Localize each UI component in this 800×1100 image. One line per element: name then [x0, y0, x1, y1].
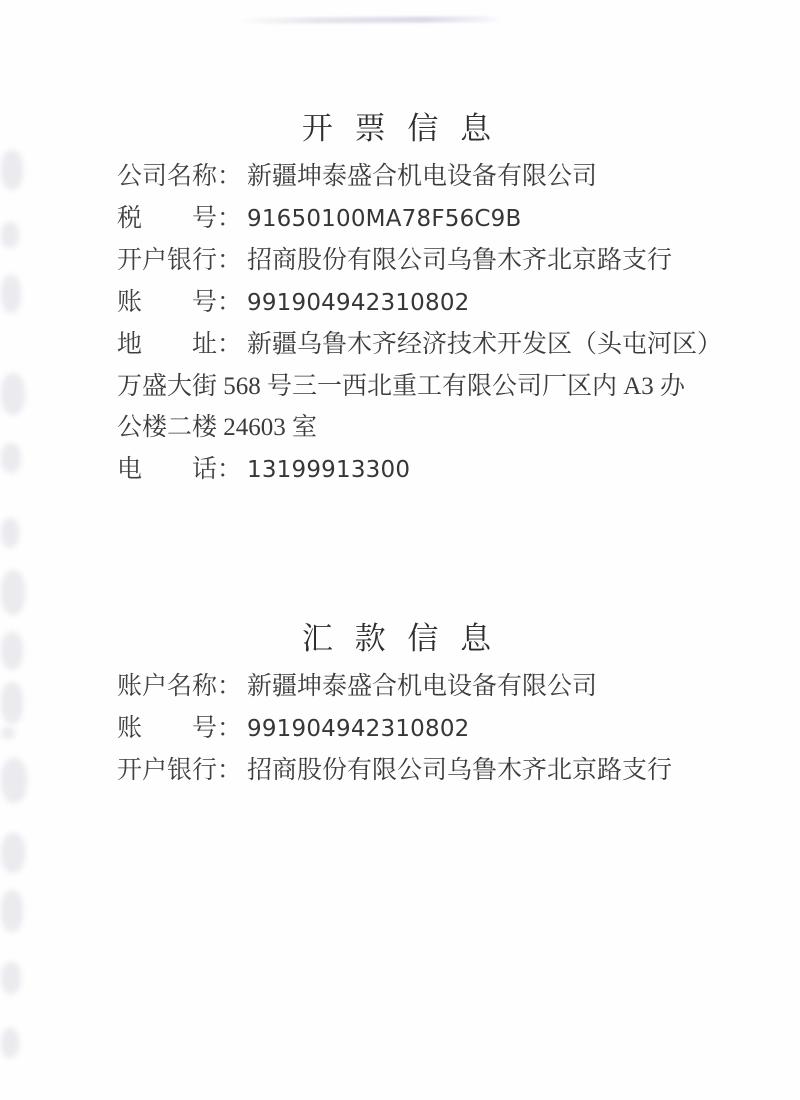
scan-artifact — [1, 890, 23, 932]
scan-artifact — [1, 962, 21, 994]
scan-artifact — [1, 373, 25, 415]
remit-bank-label: 开户银行： — [117, 757, 242, 784]
bank-label: 开户银行： — [117, 247, 242, 274]
remit-account-name-row: 账户名称：新疆坤泰盛合机电设备有限公司 — [117, 666, 683, 708]
phone-row: 电 话：13199913300 — [117, 449, 683, 492]
company-name-row: 公司名称：新疆坤泰盛合机电设备有限公司 — [117, 156, 683, 198]
address-line-2: 万盛大街 568 号三一西北重工有限公司厂区内 A3 办 — [117, 373, 685, 400]
scan-artifact — [1, 518, 19, 548]
scan-artifact — [1, 632, 23, 670]
scan-artifact — [1, 758, 27, 803]
bank-value: 招商股份有限公司乌鲁木齐北京路支行 — [247, 247, 672, 274]
phone-value: 13199913300 — [247, 457, 410, 483]
tax-number-value: 91650100MA78F56C9B — [247, 206, 521, 232]
remit-account-number-value: 991904942310802 — [247, 716, 470, 742]
remit-account-number-label: 账 号： — [117, 715, 242, 742]
invoice-section-title: 开 票 信 息 — [117, 103, 683, 148]
remit-account-name-label: 账户名称： — [117, 673, 242, 700]
remit-bank-row: 开户银行：招商股份有限公司乌鲁木齐北京路支行 — [117, 750, 683, 792]
company-name-value: 新疆坤泰盛合机电设备有限公司 — [247, 163, 597, 190]
scan-smudge — [238, 16, 503, 24]
address-line-3: 公楼二楼 24603 室 — [117, 414, 317, 441]
scan-artifact — [1, 222, 19, 248]
scan-artifact — [1, 1028, 19, 1058]
remittance-section-rows: 账户名称：新疆坤泰盛合机电设备有限公司 账 号：991904942310802 … — [117, 666, 683, 792]
phone-label: 电 话： — [117, 456, 242, 483]
remit-bank-value: 招商股份有限公司乌鲁木齐北京路支行 — [247, 757, 672, 784]
scan-artifact — [1, 570, 25, 615]
remit-account-name-value: 新疆坤泰盛合机电设备有限公司 — [247, 673, 597, 700]
remit-account-number-row: 账 号：991904942310802 — [117, 708, 683, 751]
scan-artifact — [1, 727, 15, 739]
scan-artifact — [1, 275, 21, 313]
address-row-continued: 公楼二楼 24603 室 — [117, 407, 683, 449]
account-number-row: 账 号：991904942310802 — [117, 282, 683, 325]
company-name-label: 公司名称： — [117, 163, 242, 190]
scan-artifact — [1, 443, 21, 473]
scan-artifact — [1, 150, 23, 190]
remittance-section-title: 汇 款 信 息 — [117, 613, 683, 658]
invoice-section-rows: 公司名称：新疆坤泰盛合机电设备有限公司 税 号：91650100MA78F56C… — [117, 156, 683, 491]
tax-number-label: 税 号： — [117, 205, 242, 232]
scan-artifact — [1, 833, 25, 873]
address-line-1: 新疆乌鲁木齐经济技术开发区（头屯河区） — [247, 331, 722, 358]
scanned-document-page: 开 票 信 息 公司名称：新疆坤泰盛合机电设备有限公司 税 号：91650100… — [0, 0, 800, 1100]
account-number-value: 991904942310802 — [247, 290, 470, 316]
address-row-continued: 万盛大街 568 号三一西北重工有限公司厂区内 A3 办 — [117, 366, 683, 408]
scan-artifact — [1, 682, 23, 724]
bank-row: 开户银行：招商股份有限公司乌鲁木齐北京路支行 — [117, 240, 683, 282]
address-label: 地 址： — [117, 331, 242, 358]
tax-number-row: 税 号：91650100MA78F56C9B — [117, 198, 683, 241]
address-row: 地 址：新疆乌鲁木齐经济技术开发区（头屯河区） — [117, 324, 683, 366]
account-number-label: 账 号： — [117, 289, 242, 316]
